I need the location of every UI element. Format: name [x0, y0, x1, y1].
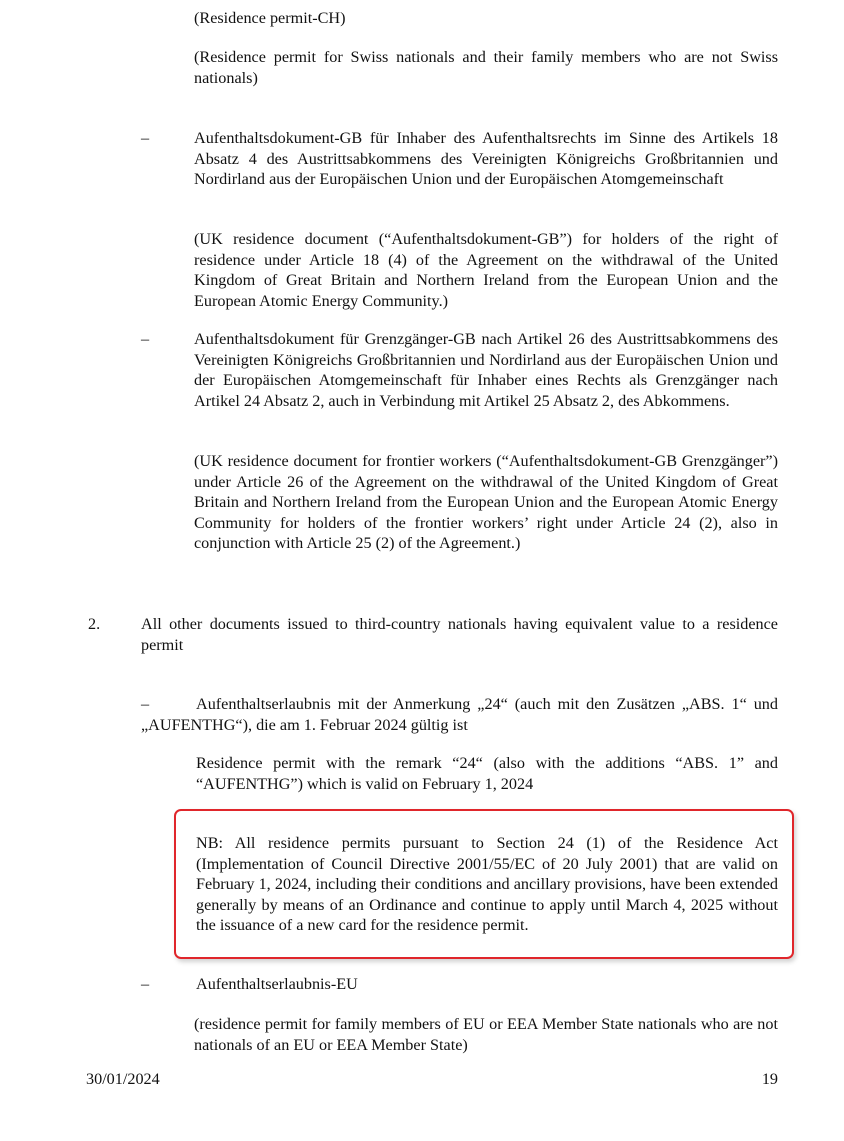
list-dash: –: [141, 329, 155, 350]
gb-document-german: Aufenthaltsdokument-GB für Inhaber des A…: [194, 128, 778, 190]
section-number: 2.: [88, 614, 100, 635]
nb-note: NB: All residence permits pursuant to Se…: [196, 833, 778, 936]
permit-24-german: Aufenthaltserlaubnis mit der Anmerkung „…: [141, 694, 778, 735]
gb-document-english: (UK residence document (“Aufenthaltsdoku…: [194, 229, 778, 311]
eu-permit-german: Aufenthaltserlaubnis-EU: [196, 974, 778, 995]
residence-permit-ch-translation: (Residence permit for Swiss nationals an…: [194, 47, 778, 88]
list-dash: –: [141, 974, 155, 995]
section-2-heading: All other documents issued to third-coun…: [141, 614, 778, 655]
page-number: 19: [760, 1069, 778, 1090]
gb-frontier-german: Aufenthaltsdokument für Grenzgänger-GB n…: [194, 329, 778, 411]
residence-permit-ch-title: (Residence permit-CH): [194, 8, 778, 29]
eu-permit-english: (residence permit for family members of …: [194, 1014, 778, 1055]
list-dash: –: [141, 128, 155, 149]
gb-frontier-english: (UK residence document for frontier work…: [194, 451, 778, 554]
footer-date: 30/01/2024: [86, 1069, 160, 1090]
permit-24-english: Residence permit with the remark “24“ (a…: [196, 753, 778, 794]
